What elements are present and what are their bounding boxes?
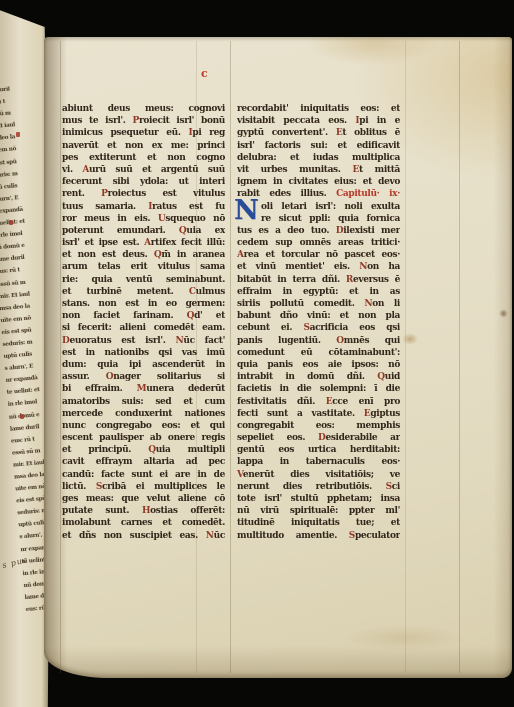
text-line: congregabit eos: memphis: [237, 420, 400, 432]
body-text: congregabit eos: memphis: [237, 421, 400, 431]
text-line: lictū. Scribā ei multiplices le: [62, 481, 225, 493]
quire-mark: c: [201, 67, 208, 80]
text-line: lappa in tabernaculis eos·: [237, 456, 400, 468]
text-line: bi effraim. Munera dederūt: [62, 383, 225, 395]
text-line: nū virū spiritualē: ppter ml': [237, 505, 400, 517]
body-text: pi in e: [359, 116, 400, 126]
body-text: uia ex: [186, 226, 225, 236]
body-text: euoratus est isrl'.: [69, 336, 175, 346]
body-text: putate sunt.: [62, 506, 142, 516]
ruling-line: [459, 41, 460, 673]
body-text: gyptū convertent'.: [237, 128, 336, 138]
text-line: tote isrl' stultū pphetam; insa: [237, 493, 400, 505]
versal-capital: A: [144, 238, 151, 248]
body-text: visitabit peccata eos.: [237, 116, 355, 126]
body-text: mercede conduxerint nationes: [62, 409, 225, 419]
text-line: rent. Proiectus est vitulus: [62, 188, 225, 200]
body-text: candū: facte sunt ei are in de: [62, 470, 225, 480]
text-line: ignem in civitates eius: et devo: [237, 176, 400, 188]
text-line: multitudo amentie. Speculator: [237, 530, 400, 542]
body-text: et principū.: [62, 445, 148, 455]
text-line: cavit effraym altaria ad pec: [62, 456, 225, 468]
text-line: vi. Aurū suū et argentū suū: [62, 164, 225, 176]
text-line: cebunt ei. Sacrificia eos qsi: [237, 322, 400, 334]
text-line: et turbinē metent. Culmus: [62, 286, 225, 298]
body-text: delubra: et iudas multiplica: [237, 153, 400, 163]
text-line: fecti sunt a vastitate. Egiptus: [237, 408, 400, 420]
text-line: putate sunt. Hostias offerēt:: [62, 505, 225, 517]
text-line: non faciet farinam. Qd' et: [62, 310, 225, 322]
red-paraph-mark: [16, 132, 20, 137]
body-text: nū virū spiritualē: ppter ml': [237, 506, 400, 516]
versal-capital: N: [206, 531, 214, 541]
body-text: babunt dño vinū: et non pla: [237, 311, 400, 321]
body-text: recordabit' iniquitatis eos: et: [237, 104, 400, 114]
text-line: ror meus in eis. Usquequo nō: [62, 213, 225, 225]
body-text: assur.: [62, 372, 106, 382]
body-text: ratus est fu: [152, 202, 225, 212]
body-text: fecti sunt a vastitate.: [237, 409, 364, 419]
body-text: siriis pollutū comedit.: [237, 299, 364, 309]
text-line: delubra: et iudas multiplica: [237, 152, 400, 164]
text-line: escent paulisper ab onere regis: [62, 432, 225, 444]
red-paraph-mark: [9, 220, 13, 225]
body-text: isrl' factoris sui: et edificavit: [237, 141, 400, 151]
versal-capital: M: [137, 384, 147, 394]
versal-capital: A: [82, 165, 89, 175]
body-text: cribā ei multiplices le: [102, 482, 225, 492]
text-line: et vinū mentiet' eis. Non ha: [237, 261, 400, 273]
text-line: intrabit in domū dñi. Quid: [237, 371, 400, 383]
text-line: assur. Onager solitarius si: [62, 371, 225, 383]
body-text: si fecerit: alieni comedēt eam.: [62, 323, 225, 333]
rubric-text: Capitulū· ix·: [336, 189, 400, 199]
versal-capital: R: [346, 275, 353, 285]
text-line: cedem sup omnēs areas tritici·: [237, 237, 400, 249]
body-text: bitabūt in terra dñi.: [237, 275, 346, 285]
text-line: abiunt deus meus: cognovi: [62, 103, 225, 115]
body-text: abiunt deus meus: cognovi: [62, 104, 225, 114]
body-text: uid: [385, 372, 400, 382]
body-text: ignem in civitates eius: et devo: [237, 177, 400, 187]
body-text: rea et torcular nō pascet eos·: [244, 250, 400, 260]
body-text: vit urbes munitas.: [237, 165, 352, 175]
text-line: amatoribs suis: sed et cum: [62, 396, 225, 408]
body-text: acrificia eos qsi: [310, 323, 400, 333]
text-line: isrl' et ipse est. Artifex fecit illū:: [62, 237, 225, 249]
body-text: non faciet farinam.: [62, 311, 187, 321]
body-text: poterunt emundari.: [62, 226, 179, 236]
body-text: nager solitarius si: [113, 372, 225, 382]
text-line: babunt dño vinū: et non pla: [237, 310, 400, 322]
body-text: tus es a deo tuo.: [237, 226, 336, 236]
body-text: cce enī pro: [332, 397, 400, 407]
body-text: amatoribs suis: sed et cum: [62, 397, 225, 407]
stain: [344, 625, 464, 651]
body-text: on li: [372, 299, 400, 309]
manuscript-page: c abiunt deus meus: cognovimus te isrl'.…: [44, 37, 512, 678]
text-line: nerunt dies retributiōis. Sci: [237, 481, 400, 493]
body-text: d' et: [194, 311, 225, 321]
text-line: siriis pollutū comedit. Non li: [237, 298, 400, 310]
text-line: Venerūt dies visitatiōis; ve: [237, 469, 400, 481]
versal-capital: N: [359, 262, 367, 272]
body-text: ostias offerēt:: [150, 506, 225, 516]
text-line: imolabunt carnes et comedēt.: [62, 517, 225, 529]
body-text: arum telas erit vitulus sama: [62, 262, 225, 272]
body-text: bi effraim.: [62, 384, 137, 394]
text-line: tuus samaria. Iratus est fu: [62, 201, 225, 213]
text-line: dum: quia ipi ascenderūt in: [62, 359, 225, 371]
ruling-line: [60, 41, 61, 673]
text-line: visitabit peccata eos. Ipi in e: [237, 115, 400, 127]
body-text: nunc congregabo eos: et qui: [62, 421, 225, 431]
body-text: gentū eos urtica herditabit:: [237, 445, 400, 455]
body-text: t oblitus ē: [342, 128, 400, 138]
body-text: on ha: [367, 262, 400, 272]
body-text: facietis in die solempni: ī die: [237, 384, 400, 394]
text-line: tus es a deo tuo. Dilexisti mer: [237, 225, 400, 237]
body-text: escent paulisper ab onere regis: [62, 433, 225, 443]
body-text: vi.: [62, 165, 82, 175]
body-text: nerunt dies retributiōis.: [237, 482, 386, 492]
body-text: squequo nō: [165, 214, 225, 224]
body-text: effraim in egyptū: et in as: [237, 287, 400, 297]
body-text: ilexisti mer: [343, 226, 400, 236]
text-line: rie: quia ventū seminabunt.: [62, 274, 225, 286]
text-line: re sicut ppli: quia fornica: [237, 213, 400, 225]
text-line: Area et torcular nō pascet eos·: [237, 249, 400, 261]
body-text: enerūt dies visitatiōis; ve: [243, 470, 400, 480]
body-text: et dñs non suscipiet eas.: [62, 531, 206, 541]
body-text: intrabit in domū dñi.: [237, 372, 377, 382]
text-line: mercede conduxerint nationes: [62, 408, 225, 420]
text-line: festivitatis dñi. Ecce enī pro: [237, 396, 400, 408]
body-text: urū suū et argentū suū: [89, 165, 225, 175]
text-line: mus te isrl'. Proiecit isrl' bonū: [62, 115, 225, 127]
text-line: titudinē iniquitatis tue; et: [237, 517, 400, 529]
body-text: comedunt eū cōtaminabunt':: [237, 348, 400, 358]
versal-capital: H: [142, 506, 150, 516]
body-text: et non est deus.: [62, 250, 154, 260]
text-line: ges meas: que velut aliene cō: [62, 493, 225, 505]
body-text: naverūt et non ex me: princi: [62, 141, 225, 151]
body-text: pes extiterunt et non cogno: [62, 153, 225, 163]
body-text: et turbinē metent.: [62, 287, 189, 297]
red-paraph-mark: [20, 414, 24, 419]
text-line: isrl' factoris sui: et edificavit: [237, 140, 400, 152]
text-line: et non est deus. Qm̄ in aranea: [62, 249, 225, 261]
body-text: lappa in tabernaculis eos·: [237, 457, 400, 467]
versal-capital: Q: [187, 311, 195, 321]
body-text: panis lugentiū.: [237, 336, 336, 346]
ruling-line: [230, 41, 231, 673]
body-text: t mittā: [359, 165, 400, 175]
body-text: mus te isrl'.: [62, 116, 133, 126]
versal-capital: O: [336, 336, 344, 346]
body-text: rtifex fecit illū:: [151, 238, 225, 248]
body-text: cebunt ei.: [237, 323, 303, 333]
stain: [402, 333, 418, 345]
text-line: panis lugentiū. Omnēs qui: [237, 335, 400, 347]
ruling-line: [405, 41, 406, 673]
body-text: inimicus psequetur eū.: [62, 128, 189, 138]
text-line: nunc congregabo eos: et qui: [62, 420, 225, 432]
text-line: inimicus psequetur eū. Ipi reg: [62, 127, 225, 139]
versal-capital: A: [237, 250, 244, 260]
body-text: rent.: [62, 189, 101, 199]
text-line: gyptū convertent'. Et oblitus ē: [237, 127, 400, 139]
body-text: mnēs qui: [344, 336, 400, 346]
body-text: lictū.: [62, 482, 96, 492]
text-line: Deuoratus est isrl'. Nūc fact': [62, 335, 225, 347]
text-line: effraim in egyptū: et in as: [237, 286, 400, 298]
body-text: ūc fact': [183, 336, 225, 346]
text-line: oli letari isrl': noli exulta: [237, 201, 400, 213]
text-line: facietis in die solempni: ī die: [237, 383, 400, 395]
body-text: quia panis eos aie ipsos: nō: [237, 360, 400, 370]
body-text: sepeliet eos.: [237, 433, 318, 443]
versal-capital: C: [189, 287, 196, 297]
column-right: N recordabit' iniquitatis eos: etvisitab…: [237, 103, 400, 542]
body-text: dum: quia ipi ascenderūt in: [62, 360, 225, 370]
body-text: roiecit isrl' bonū: [139, 116, 225, 126]
body-text: oli letari isrl': noli exulta: [261, 202, 400, 212]
body-text: stans. non est in eo germen:: [62, 299, 225, 309]
body-text: esiderabile ar: [325, 433, 400, 443]
text-line: est in nationibs qsi vas imū: [62, 347, 225, 359]
text-line: vit urbes munitas. Et mittā: [237, 164, 400, 176]
body-text: ci: [392, 482, 400, 492]
text-line: fecerunt sibi ydola: ut interi: [62, 176, 225, 188]
body-text: rie: quia ventū seminabunt.: [62, 275, 225, 285]
text-line: et principū. Quia multipli: [62, 444, 225, 456]
body-text: multitudo amentie.: [237, 531, 349, 541]
body-text: imolabunt carnes et comedēt.: [62, 518, 225, 528]
body-text: eversus ē: [353, 275, 400, 285]
body-text: tote isrl' stultū pphetam; insa: [237, 494, 400, 504]
text-line: rabit edes illius. Capitulū· ix·: [237, 188, 400, 200]
text-line: stans. non est in eo germen:: [62, 298, 225, 310]
text-line: naverūt et non ex me: princi: [62, 140, 225, 152]
text-line: candū: facte sunt ei are in de: [62, 469, 225, 481]
body-text: re sicut ppli: quia fornica: [261, 214, 400, 224]
text-line: gentū eos urtica herditabit:: [237, 444, 400, 456]
text-line: quia panis eos aie ipsos: nō: [237, 359, 400, 371]
body-text: unera dederūt: [146, 384, 225, 394]
text-line: recordabit' iniquitatis eos: et: [237, 103, 400, 115]
stain: [499, 309, 508, 318]
column-left: abiunt deus meus: cognovimus te isrl'. P…: [62, 103, 225, 542]
body-text: ūc: [214, 531, 225, 541]
body-text: et vinū mentiet' eis.: [237, 262, 359, 272]
text-line: poterunt emundari. Quia ex: [62, 225, 225, 237]
body-text: cedem sup omnēs areas tritici·: [237, 238, 400, 248]
versal-capital: Q: [148, 445, 156, 455]
chapter-initial-letter: N: [234, 198, 259, 224]
body-text: uia multipli: [156, 445, 225, 455]
text-line: comedunt eū cōtaminabunt':: [237, 347, 400, 359]
text-line: et dñs non suscipiet eas. Nūc: [62, 530, 225, 542]
body-text: ulmus: [196, 287, 225, 297]
text-line: arum telas erit vitulus sama: [62, 261, 225, 273]
body-text: isrl' et ipse est.: [62, 238, 144, 248]
body-text: ges meas: que velut aliene cō: [62, 494, 225, 504]
body-text: fecerunt sibi ydola: ut interi: [62, 177, 225, 187]
body-text: ror meus in eis.: [62, 214, 158, 224]
body-text: titudinē iniquitatis tue; et: [237, 518, 400, 528]
body-text: est in nationibs qsi vas imū: [62, 348, 225, 358]
text-line: si fecerit: alieni comedēt eam.: [62, 322, 225, 334]
versal-capital: Q: [377, 372, 385, 382]
text-line: pes extiterunt et non cogno: [62, 152, 225, 164]
body-text: giptus: [370, 409, 400, 419]
body-text: roiectus est vitulus: [108, 189, 225, 199]
body-text: m̄ in aranea: [161, 250, 225, 260]
body-text: festivitatis dñi.: [237, 397, 326, 407]
text-line: bitabūt in terra dñi. Reversus ē: [237, 274, 400, 286]
body-text: pi reg: [192, 128, 225, 138]
body-text: tuus samaria.: [62, 202, 148, 212]
body-text: peculator: [355, 531, 400, 541]
text-line: sepeliet eos. Desiderabile ar: [237, 432, 400, 444]
body-text: cavit effraym altaria ad pec: [62, 457, 225, 467]
